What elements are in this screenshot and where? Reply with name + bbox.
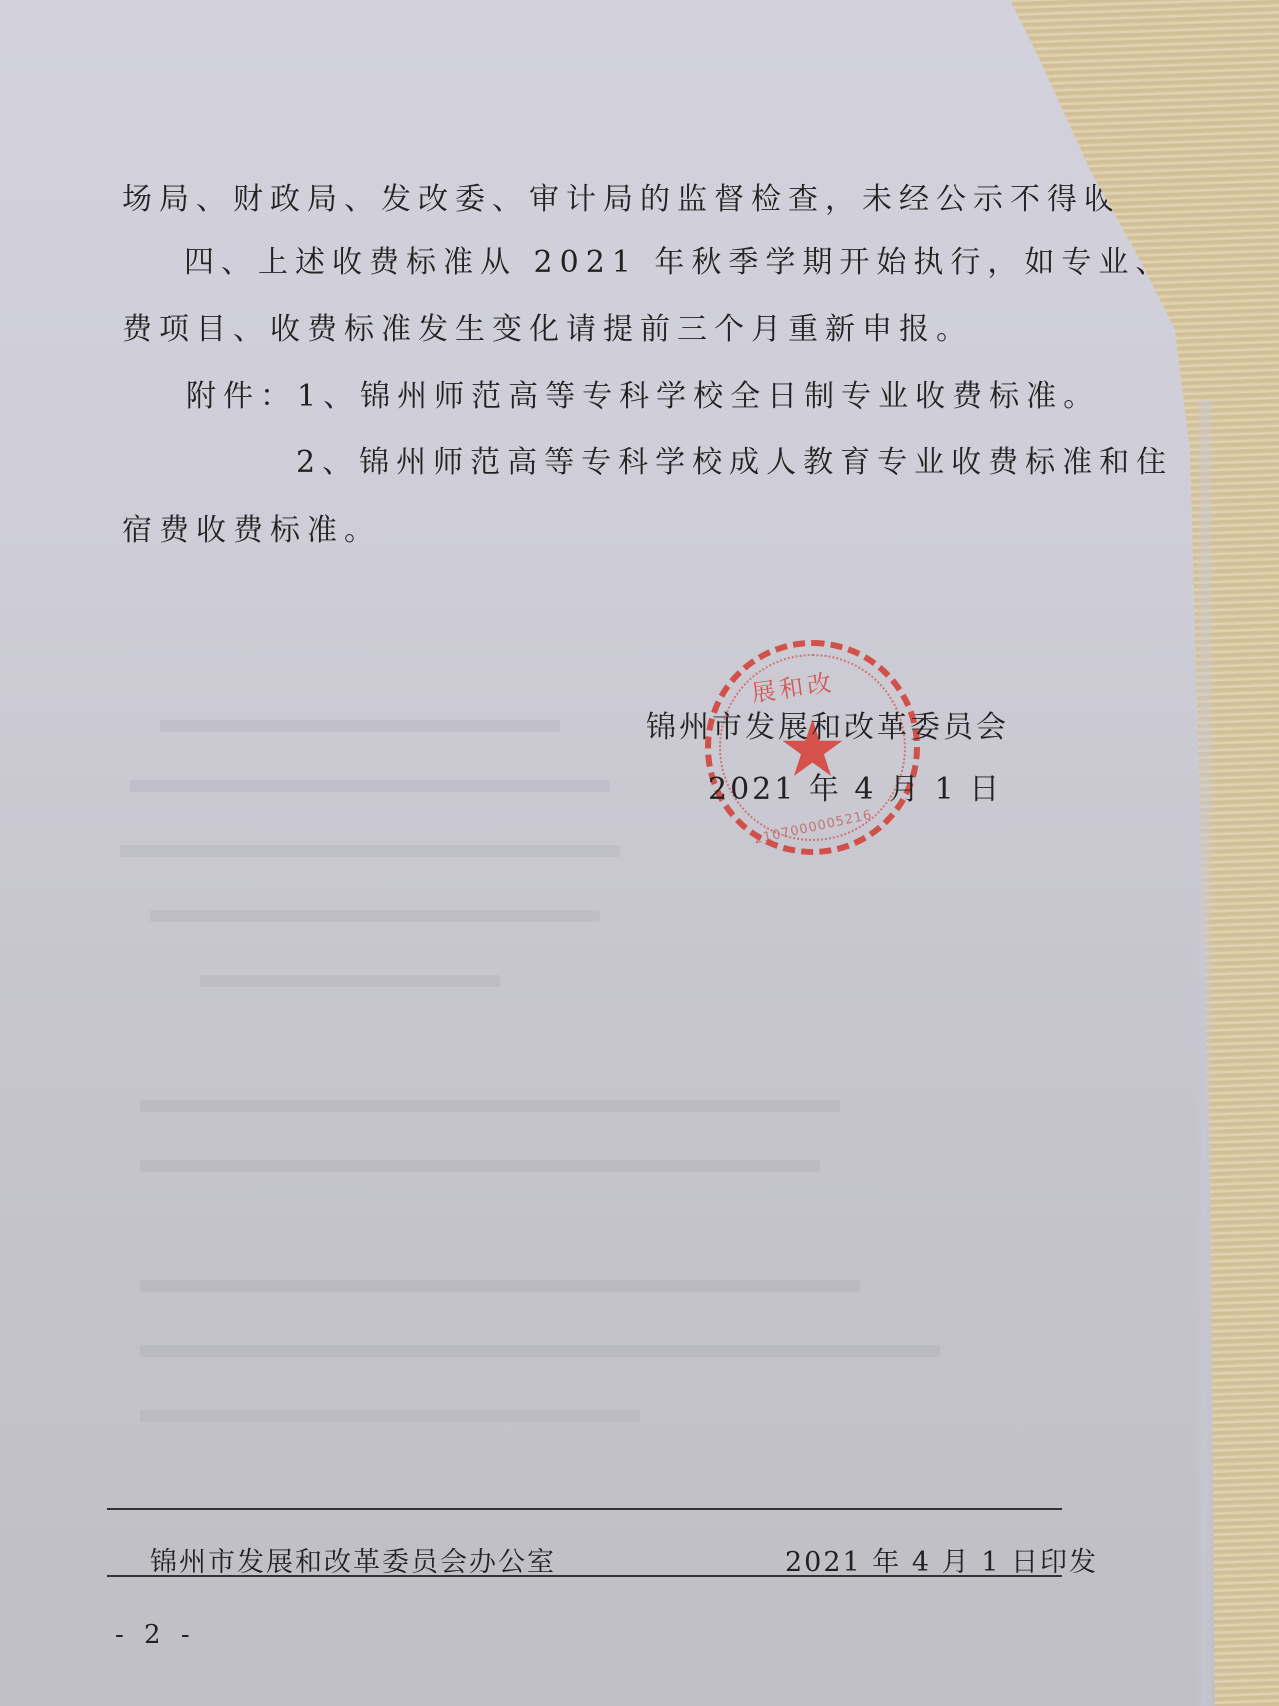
bleed-through-mark bbox=[140, 1345, 940, 1357]
bleed-through-mark bbox=[140, 1280, 860, 1292]
bleed-through-mark bbox=[140, 1410, 640, 1422]
page-number: - 2 - bbox=[115, 1620, 196, 1650]
attachment-line-3: 宿费收费标准。 bbox=[122, 516, 381, 546]
signature-date: 2021 年 4 月 1 日 bbox=[708, 775, 1002, 805]
bleed-through-mark bbox=[120, 845, 620, 857]
footer-bottom-rule bbox=[107, 1575, 1062, 1577]
footer-top-rule bbox=[107, 1508, 1062, 1510]
bleed-through-mark bbox=[160, 720, 560, 732]
footer-print-date: 2021 年 4 月 1 日印发 bbox=[785, 1540, 1098, 1579]
footer-office: 锦州市发展和改革委员会办公室 bbox=[150, 1540, 556, 1579]
body-line-3: 费项目、收费标准发生变化请提前三个月重新申报。 bbox=[122, 315, 973, 345]
attachment-line-1: 附件：1、锦州师范高等专科学校全日制专业收费标准。 bbox=[186, 382, 1100, 412]
official-seal: 展和改 ★ 2107000005216 bbox=[705, 640, 920, 855]
bleed-through-mark bbox=[200, 975, 500, 987]
paper-stack-edge bbox=[1195, 0, 1215, 1706]
body-line-1: 场局、财政局、发改委、审计局的监督检查，未经公示不得收费。 bbox=[122, 185, 1195, 215]
document-page: 场局、财政局、发改委、审计局的监督检查，未经公示不得收费。 四、上述收费标准从 … bbox=[0, 0, 1245, 1706]
issuer-signature: 锦州市发展和改革委员会 bbox=[646, 713, 1009, 743]
body-line-2: 四、上述收费标准从 2021 年秋季学期开始执行，如专业、收 bbox=[184, 248, 1209, 278]
bleed-through-mark bbox=[130, 780, 610, 792]
attachment-line-2: 2、锦州师范高等专科学校成人教育专业收费标准和住 bbox=[296, 448, 1173, 478]
bleed-through-mark bbox=[140, 1100, 840, 1112]
bleed-through-mark bbox=[150, 910, 600, 922]
bleed-through-mark bbox=[140, 1160, 820, 1172]
